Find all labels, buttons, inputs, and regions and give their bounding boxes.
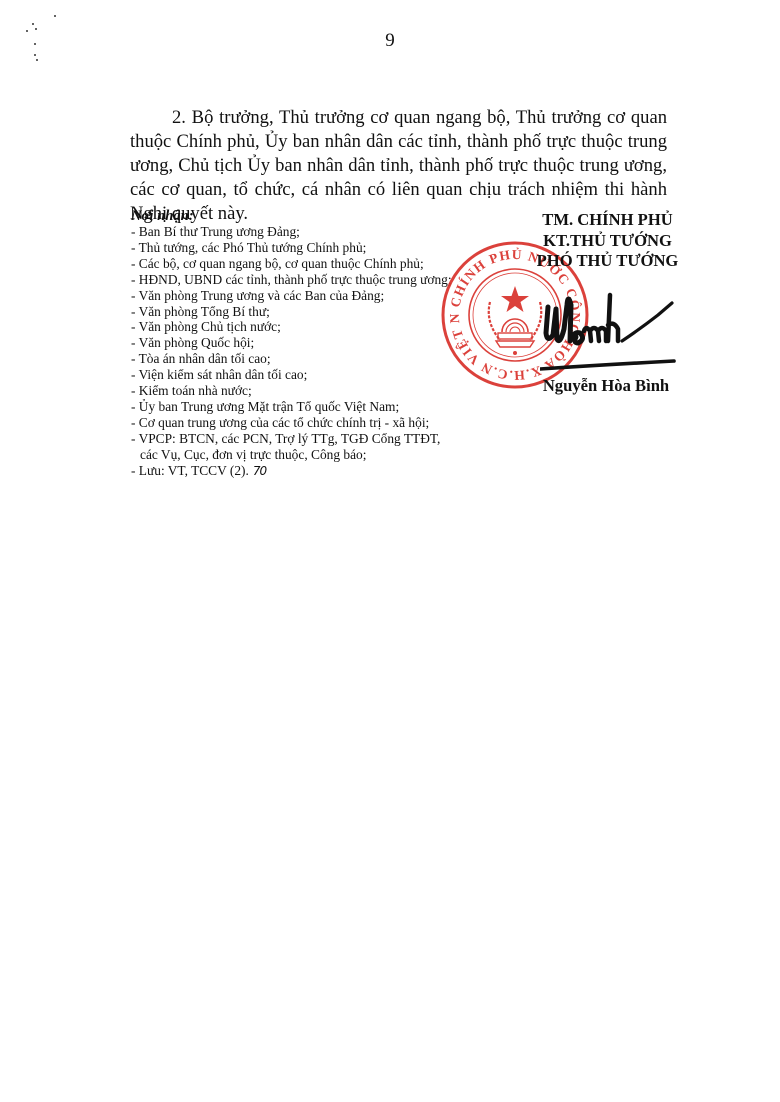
signature-line-3: PHÓ THỦ TƯỚNG [500,251,715,272]
recipient-item: - Kiểm toán nhà nước; [131,383,491,399]
recipient-item: - Thủ tướng, các Phó Thủ tướng Chính phủ… [131,240,491,256]
recipients-list: - Ban Bí thư Trung ương Đảng; - Thủ tướn… [131,224,491,480]
page-number: 9 [0,30,780,52]
recipient-item: - Văn phòng Chủ tịch nước; [131,319,491,335]
recipient-item: - Văn phòng Tổng Bí thư; [131,304,491,320]
recipient-item-vpcp: - VPCP: BTCN, các PCN, Trợ lý TTg, TGĐ C… [131,431,491,463]
recipients-title: Nơi nhận: [131,208,491,224]
recipient-item: - HĐND, UBND các tỉnh, thành phố trực th… [131,272,491,288]
recipient-item: - Văn phòng Quốc hội; [131,335,491,351]
signature-line-1: TM. CHÍNH PHỦ [500,210,715,231]
recipient-item: - Ủy ban Trung ương Mặt trận Tổ quốc Việ… [131,399,491,415]
recipient-item-continuation: các Vụ, Cục, đơn vị trực thuộc, Công báo… [131,447,491,463]
recipient-item: - Văn phòng Trung ương và các Ban của Đả… [131,288,491,304]
handwritten-signature-icon [540,285,680,380]
recipient-item-archive: - Lưu: VT, TCCV (2).70 [131,463,491,480]
recipient-item: - Tòa án nhân dân tối cao; [131,351,491,367]
recipient-item: - Viện kiểm sát nhân dân tối cao; [131,367,491,383]
document-page: 9 2. Bộ trưởng, Thủ trưởng cơ quan ngang… [0,0,780,1102]
signature-block: TM. CHÍNH PHỦ KT.THỦ TƯỚNG PHÓ THỦ TƯỚNG [500,210,715,272]
recipients-block: Nơi nhận: - Ban Bí thư Trung ương Đảng; … [131,208,491,480]
recipient-item: - Ban Bí thư Trung ương Đảng; [131,224,491,240]
recipient-item: - Cơ quan trung ương của các tổ chức chí… [131,415,491,431]
recipient-item: - Các bộ, cơ quan ngang bộ, cơ quan thuộ… [131,256,491,272]
handwritten-count: 70 [253,464,266,478]
signature-line-2: KT.THỦ TƯỚNG [500,231,715,252]
recipient-item-text: - Lưu: VT, TCCV (2). [131,463,249,478]
recipient-item-text: - VPCP: BTCN, các PCN, Trợ lý TTg, TGĐ C… [131,431,440,446]
